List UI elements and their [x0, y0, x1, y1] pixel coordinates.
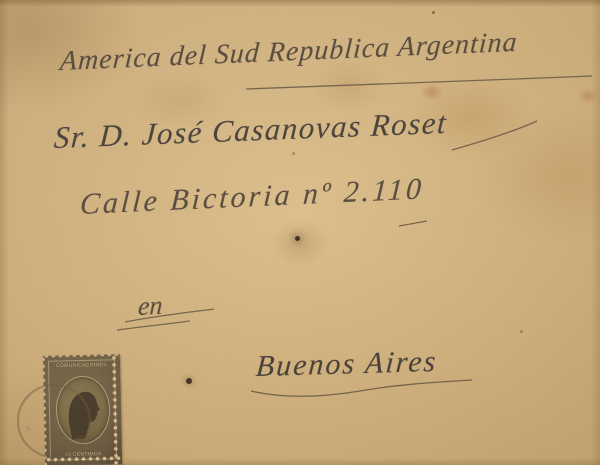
underline-region-line	[246, 76, 592, 89]
underline-street-no	[399, 221, 427, 226]
foxing-spot	[520, 330, 523, 333]
king-profile-icon	[58, 379, 107, 442]
stamp-portrait-oval	[55, 375, 110, 444]
stamp-denomination-label: 40 CENTIMOS	[65, 451, 102, 458]
foxing-spot	[295, 236, 300, 241]
flourish-after-roset	[452, 121, 537, 150]
foxing-spot	[292, 152, 295, 155]
address-preposition: en	[137, 291, 163, 322]
address-street-line: Calle Bictoria nº 2.110	[79, 172, 425, 222]
stamp-frame: COMUNICACIONES 40 CENTIMOS	[48, 359, 117, 460]
svg-text:A: A	[24, 423, 32, 433]
foxing-spot	[432, 11, 435, 14]
foxing-spot	[186, 378, 192, 384]
stamp-header-label: COMUNICACIONES	[56, 362, 107, 370]
underline-en-2	[117, 321, 190, 330]
address-recipient-line: Sr. D. José Casanovas Roset	[53, 105, 449, 156]
envelope-scan: America del Sud Republica Argentina Sr. …	[0, 0, 600, 465]
postage-stamp: COMUNICACIONES 40 CENTIMOS	[43, 354, 122, 465]
address-city-line: Buenos Aires	[255, 345, 439, 384]
address-region-line: America del Sud Republica Argentina	[59, 27, 519, 78]
